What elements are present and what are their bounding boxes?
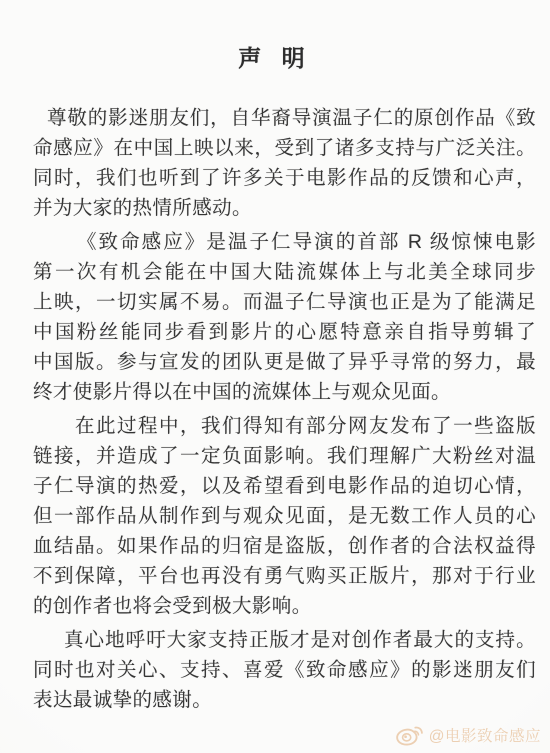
text-line: 真心地呼吁大家支持正版才是对创作者最大的支持。	[33, 625, 536, 655]
paragraph: 《致命感应》是温子仁导演的首部 R 级惊悚电影第一次有机会能在中国大陆流媒体上与…	[33, 227, 536, 407]
text-line: 同时也对关心、支持、喜爱《致命感应》的影迷朋友们	[33, 655, 536, 685]
text-line: 链接，并造成了一定负面影响。我们理解广大粉丝对温	[33, 441, 536, 471]
text-line: 命感应》在中国上映以来，受到了诸多支持与广泛关注。	[33, 133, 536, 163]
paragraph: 尊敬的影迷朋友们，自华裔导演温子仁的原创作品《致命感应》在中国上映以来，受到了诸…	[33, 103, 536, 223]
text-line: 上映，一切实属不易。而温子仁导演也正是为了能满足	[33, 287, 536, 317]
text-line: 尊敬的影迷朋友们，自华裔导演温子仁的原创作品《致	[33, 103, 536, 133]
text-line: 子仁导演的热爱，以及希望看到电影作品的迫切心情，	[33, 471, 536, 501]
text-line: 第一次有机会能在中国大陆流媒体上与北美全球同步	[33, 257, 536, 287]
statement-page: 声 明 尊敬的影迷朋友们，自华裔导演温子仁的原创作品《致命感应》在中国上映以来，…	[0, 0, 550, 753]
text-line: 中国版。参与宣发的团队更是做了异乎寻常的努力，最	[33, 347, 536, 377]
watermark-handle: @电影致命感应	[429, 724, 541, 746]
page-title: 声 明	[0, 44, 550, 72]
paragraph: 真心地呼吁大家支持正版才是对创作者最大的支持。同时也对关心、支持、喜爱《致命感应…	[33, 625, 536, 715]
text-line: 在此过程中，我们得知有部分网友发布了一些盗版	[33, 411, 536, 441]
text-line: 终才使影片得以在中国的流媒体上与观众见面。	[33, 377, 536, 407]
text-line: 《致命感应》是温子仁导演的首部 R 级惊悚电影	[33, 227, 536, 257]
paragraph: 在此过程中，我们得知有部分网友发布了一些盗版链接，并造成了一定负面影响。我们理解…	[33, 411, 536, 621]
text-line: 血结晶。如果作品的归宿是盗版，创作者的合法权益得	[33, 531, 536, 561]
text-line: 但一部作品从制作到与观众见面，是无数工作人员的心	[33, 501, 536, 531]
text-line: 表达最诚挚的感谢。	[33, 685, 536, 715]
text-line: 同时，我们也听到了许多关于电影作品的反馈和心声，	[33, 163, 536, 193]
text-line: 不到保障，平台也再没有勇气购买正版片，那对于行业	[33, 561, 536, 591]
text-line: 的创作者也将会受到极大影响。	[33, 591, 536, 621]
text-line: 并为大家的热情所感动。	[33, 193, 536, 223]
text-line: 中国粉丝能同步看到影片的心愿特意亲自指导剪辑了	[33, 317, 536, 347]
watermark: @电影致命感应	[395, 723, 541, 747]
weibo-icon	[395, 723, 424, 747]
statement-body: 尊敬的影迷朋友们，自华裔导演温子仁的原创作品《致命感应》在中国上映以来，受到了诸…	[33, 103, 536, 715]
